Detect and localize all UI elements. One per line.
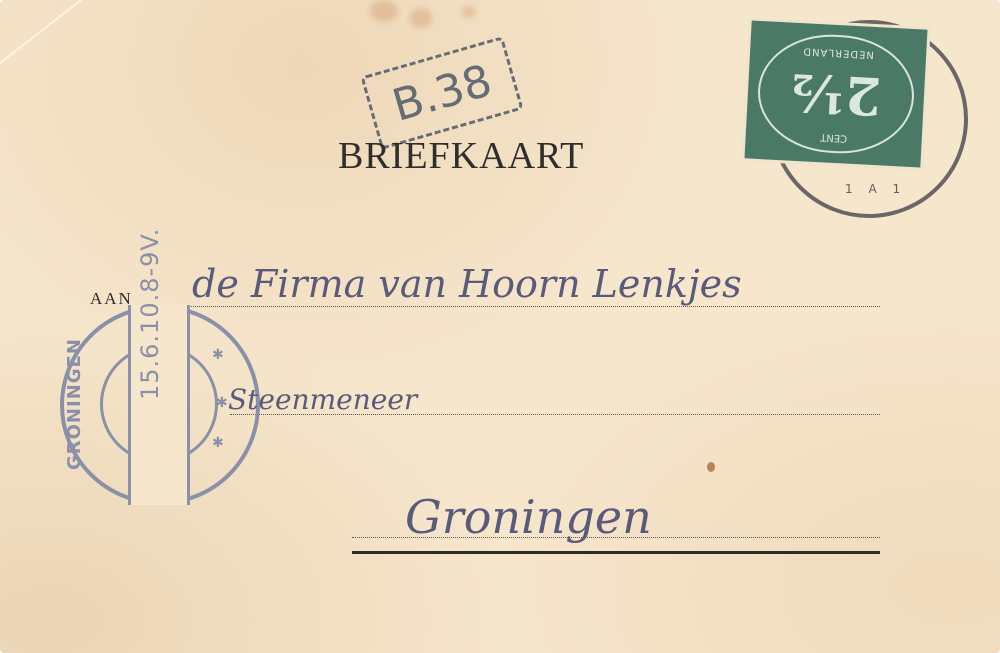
stamp-value: 2½ bbox=[789, 61, 882, 127]
postmark-city: GRONINGEN bbox=[64, 338, 85, 470]
paper-crease bbox=[0, 0, 125, 72]
address-handwritten-3: Groningen bbox=[405, 490, 652, 544]
address-handwritten-2: Steenmeneer bbox=[228, 383, 417, 416]
stamp-frame: 2½ CENT NEDERLAND bbox=[755, 31, 917, 157]
postmark-date: 15.6.10.8-9V. bbox=[136, 228, 164, 400]
stamp-country: NEDERLAND bbox=[762, 43, 914, 62]
stain bbox=[462, 6, 476, 18]
postmark-top-text: 1 A 1 bbox=[845, 182, 906, 196]
registry-stamp: B.38 bbox=[360, 36, 523, 150]
star-icon: ✱ bbox=[212, 435, 224, 451]
stain bbox=[410, 8, 432, 28]
address-underline bbox=[352, 551, 880, 554]
address-prefix: AAN bbox=[90, 289, 133, 309]
star-icon: ✱ bbox=[212, 347, 224, 363]
postcard: B.38 BRIEFKAART 2½ CENT NEDERLAND 1 A 1 … bbox=[0, 0, 1000, 653]
card-title: BRIEFKAART bbox=[338, 134, 584, 178]
stain bbox=[707, 462, 715, 472]
star-icon: ✱ bbox=[216, 395, 228, 411]
postage-stamp: 2½ CENT NEDERLAND bbox=[745, 20, 928, 167]
stamp-denomination: CENT bbox=[758, 128, 910, 147]
address-line-1 bbox=[150, 306, 880, 307]
address-handwritten-1: de Firma van Hoorn Lenkjes bbox=[192, 262, 742, 306]
stain bbox=[370, 0, 398, 22]
